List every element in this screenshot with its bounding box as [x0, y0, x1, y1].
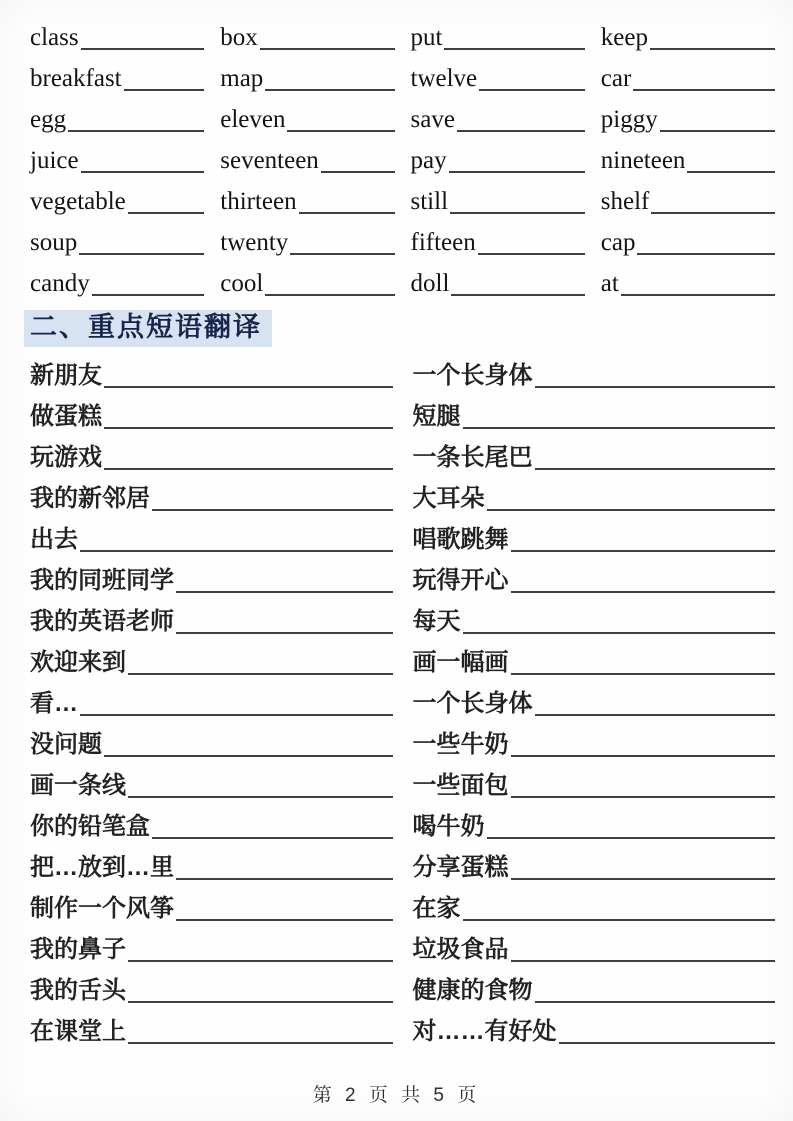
vocab-item: eleven	[220, 96, 394, 137]
vocab-word: twenty	[220, 230, 288, 255]
answer-blank-line	[463, 632, 776, 634]
answer-blank-line	[265, 294, 394, 296]
phrase-text-cn: 画一幅画	[413, 651, 509, 675]
phrase-item: 制作一个风筝	[30, 886, 393, 927]
answer-blank-line	[535, 386, 776, 388]
vocab-word: map	[220, 66, 263, 91]
phrase-item: 我的同班同学	[30, 558, 393, 599]
answer-blank-line	[621, 294, 775, 296]
answer-blank-line	[287, 130, 394, 132]
answer-blank-line	[478, 253, 585, 255]
vocab-item: egg	[30, 96, 204, 137]
phrase-item: 我的英语老师	[30, 599, 393, 640]
vocab-word: cool	[220, 271, 263, 296]
answer-blank-line	[128, 212, 204, 214]
phrase-item: 喝牛奶	[413, 804, 776, 845]
phrase-text-cn: 你的铅笔盒	[30, 815, 150, 839]
phrase-item: 做蛋糕	[30, 394, 393, 435]
vocab-item: vegetable	[30, 178, 204, 219]
answer-blank-line	[535, 468, 776, 470]
answer-blank-line	[535, 1001, 776, 1003]
answer-blank-line	[128, 1042, 393, 1044]
phrase-item: 把…放到…里	[30, 845, 393, 886]
phrase-text-cn: 大耳朵	[413, 487, 485, 511]
phrase-item: 我的舌头	[30, 968, 393, 1009]
phrase-text-cn: 没问题	[30, 733, 102, 757]
answer-blank-line	[176, 919, 393, 921]
answer-blank-line	[80, 550, 393, 552]
answer-blank-line	[450, 212, 585, 214]
phrase-item: 玩游戏	[30, 435, 393, 476]
phrase-text-cn: 一些面包	[413, 774, 509, 798]
answer-blank-line	[463, 919, 776, 921]
vocab-word: nineteen	[601, 148, 686, 173]
answer-blank-line	[444, 48, 584, 50]
phrase-item: 大耳朵	[413, 476, 776, 517]
phrase-item: 看…	[30, 681, 393, 722]
vocab-item: juice	[30, 137, 204, 178]
answer-blank-line	[104, 386, 393, 388]
vocab-item: soup	[30, 219, 204, 260]
phrase-item: 没问题	[30, 722, 393, 763]
answer-blank-line	[81, 48, 205, 50]
answer-blank-line	[660, 130, 775, 132]
answer-blank-line	[128, 673, 393, 675]
answer-blank-line	[463, 427, 776, 429]
vocab-word: vegetable	[30, 189, 126, 214]
phrase-item: 玩得开心	[413, 558, 776, 599]
answer-blank-line	[80, 714, 393, 716]
phrase-item: 一个长身体	[413, 681, 776, 722]
vocab-item: thirteen	[220, 178, 394, 219]
vocab-item: keep	[601, 14, 775, 55]
phrase-item: 垃圾食品	[413, 927, 776, 968]
vocab-word: still	[411, 189, 449, 214]
vocab-item: cap	[601, 219, 775, 260]
vocab-word: soup	[30, 230, 77, 255]
phrase-text-cn: 一个长身体	[413, 364, 533, 388]
answer-blank-line	[104, 755, 393, 757]
phrase-text-cn: 对……有好处	[413, 1020, 557, 1044]
phrase-text-cn: 我的鼻子	[30, 938, 126, 962]
answer-blank-line	[511, 673, 776, 675]
answer-blank-line	[651, 212, 775, 214]
phrase-text-cn: 一个长身体	[413, 692, 533, 716]
phrase-text-cn: 唱歌跳舞	[413, 528, 509, 552]
vocab-item: piggy	[601, 96, 775, 137]
answer-blank-line	[68, 130, 204, 132]
vocab-item: cool	[220, 260, 394, 301]
vocab-word: save	[411, 107, 455, 132]
phrase-item: 欢迎来到	[30, 640, 393, 681]
answer-blank-line	[260, 48, 395, 50]
phrase-text-cn: 我的同班同学	[30, 569, 174, 593]
phrase-item: 你的铅笔盒	[30, 804, 393, 845]
phrase-item: 对……有好处	[413, 1009, 776, 1050]
vocab-item: at	[601, 260, 775, 301]
vocab-word: cap	[601, 230, 636, 255]
answer-blank-line	[633, 89, 775, 91]
phrase-item: 画一幅画	[413, 640, 776, 681]
phrase-translation-grid: 新朋友一个长身体做蛋糕短腿玩游戏一条长尾巴我的新邻居大耳朵出去唱歌跳舞我的同班同…	[30, 353, 775, 1050]
answer-blank-line	[265, 89, 394, 91]
phrase-text-cn: 出去	[30, 528, 78, 552]
answer-blank-line	[487, 837, 776, 839]
vocab-item: car	[601, 55, 775, 96]
phrase-item: 分享蛋糕	[413, 845, 776, 886]
answer-blank-line	[535, 714, 776, 716]
phrase-text-cn: 我的新邻居	[30, 487, 150, 511]
vocab-word: class	[30, 25, 79, 50]
answer-blank-line	[511, 755, 776, 757]
vocab-item: shelf	[601, 178, 775, 219]
vocab-item: pay	[411, 137, 585, 178]
vocab-word: piggy	[601, 107, 658, 132]
answer-blank-line	[92, 294, 205, 296]
phrase-item: 我的鼻子	[30, 927, 393, 968]
answer-blank-line	[511, 796, 776, 798]
answer-blank-line	[511, 550, 776, 552]
answer-blank-line	[687, 171, 775, 173]
vocab-word: doll	[411, 271, 450, 296]
answer-blank-line	[449, 171, 585, 173]
answer-blank-line	[637, 253, 775, 255]
vocab-item: doll	[411, 260, 585, 301]
vocab-word: eleven	[220, 107, 285, 132]
phrase-item: 健康的食物	[413, 968, 776, 1009]
answer-blank-line	[290, 253, 394, 255]
phrase-item: 在课堂上	[30, 1009, 393, 1050]
vocab-word: keep	[601, 25, 648, 50]
vocab-word: put	[411, 25, 443, 50]
phrase-item: 一个长身体	[413, 353, 776, 394]
vocab-item: save	[411, 96, 585, 137]
phrase-text-cn: 制作一个风筝	[30, 897, 174, 921]
answer-blank-line	[511, 960, 776, 962]
answer-blank-line	[128, 1001, 393, 1003]
phrase-text-cn: 把…放到…里	[30, 856, 174, 880]
vocab-item: class	[30, 14, 204, 55]
answer-blank-line	[128, 796, 393, 798]
answer-blank-line	[479, 89, 585, 91]
vocab-word: juice	[30, 148, 79, 173]
vocab-item: twelve	[411, 55, 585, 96]
phrase-text-cn: 画一条线	[30, 774, 126, 798]
vocab-word: candy	[30, 271, 90, 296]
vocab-item: nineteen	[601, 137, 775, 178]
phrase-item: 每天	[413, 599, 776, 640]
answer-blank-line	[559, 1042, 776, 1044]
worksheet-page: classboxputkeepbreakfastmaptwelvecaregge…	[0, 0, 793, 1121]
answer-blank-line	[511, 878, 776, 880]
phrase-text-cn: 我的英语老师	[30, 610, 174, 634]
vocab-word: car	[601, 66, 632, 91]
phrase-text-cn: 分享蛋糕	[413, 856, 509, 880]
phrase-item: 一些面包	[413, 763, 776, 804]
phrase-item: 在家	[413, 886, 776, 927]
phrase-item: 短腿	[413, 394, 776, 435]
phrase-text-cn: 喝牛奶	[413, 815, 485, 839]
answer-blank-line	[104, 468, 393, 470]
phrase-text-cn: 短腿	[413, 405, 461, 429]
phrase-text-cn: 一条长尾巴	[413, 446, 533, 470]
vocab-word: fifteen	[411, 230, 476, 255]
vocab-word: twelve	[411, 66, 478, 91]
phrase-text-cn: 我的舌头	[30, 979, 126, 1003]
vocab-word: egg	[30, 107, 66, 132]
answer-blank-line	[457, 130, 585, 132]
phrase-text-cn: 在家	[413, 897, 461, 921]
vocab-word: box	[220, 25, 258, 50]
vocab-word: thirteen	[220, 189, 296, 214]
phrase-text-cn: 玩游戏	[30, 446, 102, 470]
answer-blank-line	[176, 591, 393, 593]
phrase-item: 画一条线	[30, 763, 393, 804]
vocab-word: shelf	[601, 189, 650, 214]
phrase-item: 唱歌跳舞	[413, 517, 776, 558]
answer-blank-line	[124, 89, 205, 91]
phrase-text-cn: 新朋友	[30, 364, 102, 388]
vocab-word: seventeen	[220, 148, 319, 173]
vocab-item: map	[220, 55, 394, 96]
phrase-text-cn: 欢迎来到	[30, 651, 126, 675]
vocab-item: candy	[30, 260, 204, 301]
vocab-item: box	[220, 14, 394, 55]
vocab-item: fifteen	[411, 219, 585, 260]
vocab-word: pay	[411, 148, 447, 173]
vocab-word: at	[601, 271, 619, 296]
phrase-text-cn: 垃圾食品	[413, 938, 509, 962]
phrase-item: 新朋友	[30, 353, 393, 394]
answer-blank-line	[81, 171, 205, 173]
answer-blank-line	[176, 632, 393, 634]
phrase-text-cn: 健康的食物	[413, 979, 533, 1003]
vocab-item: twenty	[220, 219, 394, 260]
section-heading-phrase-translation: 二、重点短语翻译	[24, 310, 272, 347]
phrase-item: 一条长尾巴	[413, 435, 776, 476]
phrase-item: 一些牛奶	[413, 722, 776, 763]
answer-blank-line	[650, 48, 775, 50]
answer-blank-line	[176, 878, 393, 880]
answer-blank-line	[152, 837, 393, 839]
phrase-text-cn: 玩得开心	[413, 569, 509, 593]
phrase-text-cn: 做蛋糕	[30, 405, 102, 429]
answer-blank-line	[79, 253, 204, 255]
vocab-item: breakfast	[30, 55, 204, 96]
phrase-item: 出去	[30, 517, 393, 558]
answer-blank-line	[104, 427, 393, 429]
page-number-footer: 第 2 页 共 5 页	[0, 1080, 793, 1107]
english-vocab-grid: classboxputkeepbreakfastmaptwelvecaregge…	[30, 14, 775, 301]
vocab-item: still	[411, 178, 585, 219]
answer-blank-line	[128, 960, 393, 962]
answer-blank-line	[299, 212, 395, 214]
vocab-item: put	[411, 14, 585, 55]
answer-blank-line	[511, 591, 776, 593]
answer-blank-line	[487, 509, 776, 511]
phrase-text-cn: 在课堂上	[30, 1020, 126, 1044]
answer-blank-line	[451, 294, 584, 296]
phrase-item: 我的新邻居	[30, 476, 393, 517]
vocab-word: breakfast	[30, 66, 122, 91]
answer-blank-line	[321, 171, 395, 173]
phrase-text-cn: 看…	[30, 692, 78, 716]
phrase-text-cn: 每天	[413, 610, 461, 634]
vocab-item: seventeen	[220, 137, 394, 178]
phrase-text-cn: 一些牛奶	[413, 733, 509, 757]
answer-blank-line	[152, 509, 393, 511]
